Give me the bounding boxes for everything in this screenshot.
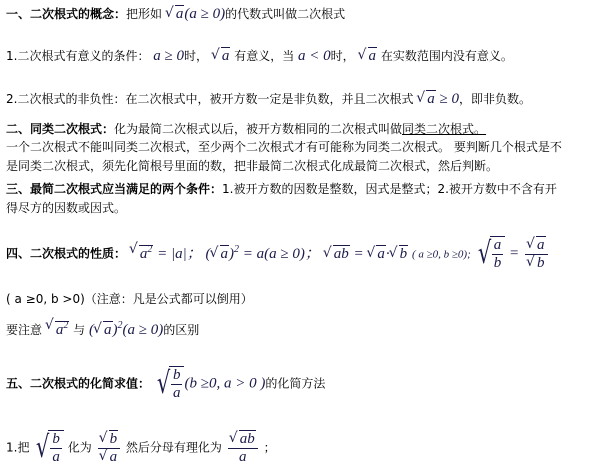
section3-line-2: 得尽方的因数或因式。 (6, 200, 126, 216)
section5-line: 五、二次根式的化简求值： √ba(b ≥0, a > 0 )的化简方法 (6, 366, 325, 402)
section2-line: 二、同类二次根式：化为最简二次根式以后，被开方数相同的二次根式叫做同类二次根式。 (6, 121, 486, 137)
section2-para-1: 一个二次根式不能叫同类二次根式，至少两个二次根式才有可能称为同类二次根式。 要判… (6, 139, 562, 155)
section4-heading: 四、二次根式的性质： (6, 247, 126, 261)
section2-para-2: 是同类二次根式，须先化简根号里面的数，把非最简二次根式化成最简二次根式，然后判断… (6, 158, 498, 174)
formula-sqrt-a-cond: a(a ≥ 0) (166, 6, 225, 22)
section4-note-line: 要注意 a2 与 (a)2(a ≥ 0)的区别 (6, 318, 199, 338)
item1-line: 1.二次根式有意义的条件： a ≥ 0时， a 有意义，当 a < 0时， a … (6, 48, 513, 64)
item2-line: 2.二次根式的非负性：在二次根式中，被开方数一定是非负数，并且二次根式 a ≥ … (6, 91, 531, 107)
section3-heading: 三、最简二次根式应当满足的两个条件： (6, 182, 222, 196)
section3-line: 三、最简二次根式应当满足的两个条件：1.被开方数的因数是整数，因式是整式；2.被… (6, 181, 557, 197)
section1-line: 一、二次根式的概念：把形如 a(a ≥ 0)的代数式叫做二次根式 (6, 6, 345, 22)
section5-heading: 五、二次根式的化简求值： (6, 377, 150, 391)
section5-step-line: 1.把 √ba 化为 ba 然后分母有理化为 aba ； (6, 430, 276, 465)
section2-heading: 二、同类二次根式： (6, 122, 114, 136)
section1-heading: 一、二次根式的概念： (6, 7, 126, 21)
section4-line: 四、二次根式的性质： a2 = |a|； (a)2 = a(a ≥ 0)； ab… (6, 236, 550, 272)
section4-cond-line: ( a ≥0, b >0)（注意：凡是公式都可以倒用） (6, 291, 253, 307)
